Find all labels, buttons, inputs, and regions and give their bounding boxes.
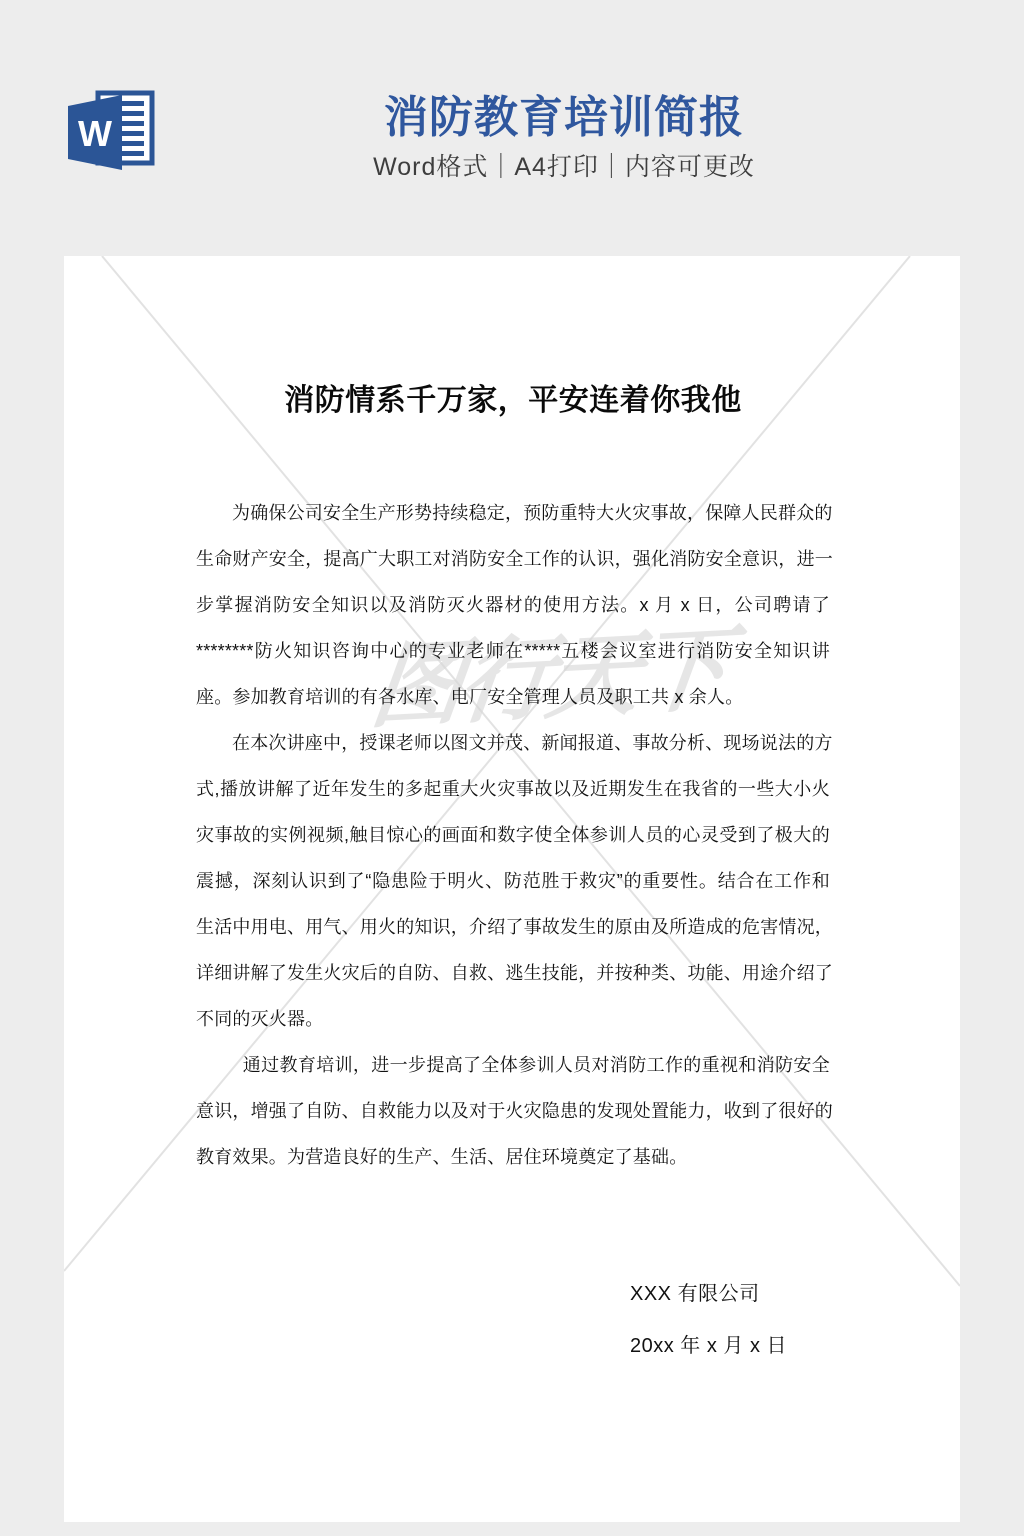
document-body: 为确保公司安全生产形势持续稳定，预防重特大火灾事故，保障人民群众的 生命财产安全… [196,490,830,1180]
document-title: 消防情系千万家，平安连着你我他 [196,382,830,420]
template-header: W 消防教育培训简报 Word格式｜A4打印｜内容可更改 [0,0,1024,256]
text-line: 详细讲解了发生火灾后的自防、自救、逃生技能，并按种类、功能、用途介绍了 [196,950,830,996]
template-title: 消防教育培训简报 [373,94,755,142]
text-line: 式,播放讲解了近年发生的多起重大火灾事故以及近期发生在我省的一些大小火 [196,766,830,812]
text-line: 灾事故的实例视频,触目惊心的画面和数字使全体参训人员的心灵受到了极大的 [196,812,830,858]
text-line: 教育效果。为营造良好的生产、生活、居住环境奠定了基础。 [196,1134,830,1180]
text-line: 震撼，深刻认识到了“隐患险于明火、防范胜于救灾”的重要性。结合在工作和 [196,858,830,904]
text-line: 生命财产安全，提高广大职工对消防安全工作的认识，强化消防安全意识，进一 [196,536,830,582]
text-line: 通过教育培训，进一步提高了全体参训人员对消防工作的重视和消防安全 [196,1042,830,1088]
word-icon: W [60,88,158,170]
signature-block: XXX 有限公司 20xx 年 x 月 x 日 [630,1268,830,1372]
text-line: 为确保公司安全生产形势持续稳定，预防重特大火灾事故，保障人民群众的 [196,490,830,536]
text-line: 意识，增强了自防、自救能力以及对于火灾隐患的发现处置能力，收到了很好的 [196,1088,830,1134]
text-line: 不同的灭火器。 [196,996,830,1042]
document-page: 图行天下 消防情系千万家，平安连着你我他 为确保公司安全生产形势持续稳定，预防重… [64,256,960,1522]
header-text-block: 消防教育培训简报 Word格式｜A4打印｜内容可更改 [373,94,755,182]
signature-date: 20xx 年 x 月 x 日 [630,1320,830,1372]
template-subtitle: Word格式｜A4打印｜内容可更改 [373,152,755,182]
text-line: 在本次讲座中，授课老师以图文并茂、新闻报道、事故分析、现场说法的方 [196,720,830,766]
signature-company: XXX 有限公司 [630,1268,830,1320]
text-line: 步掌握消防安全知识以及消防灭火器材的使用方法。x 月 x 日，公司聘请了 [196,582,830,628]
text-line: ********防火知识咨询中心的专业老师在*****五楼会议室进行消防安全知识… [196,628,830,674]
text-line: 生活中用电、用气、用火的知识，介绍了事故发生的原由及所造成的危害情况， [196,904,830,950]
text-line: 座。参加教育培训的有各水库、电厂安全管理人员及职工共 x 余人。 [196,674,830,720]
svg-text:W: W [78,113,112,154]
